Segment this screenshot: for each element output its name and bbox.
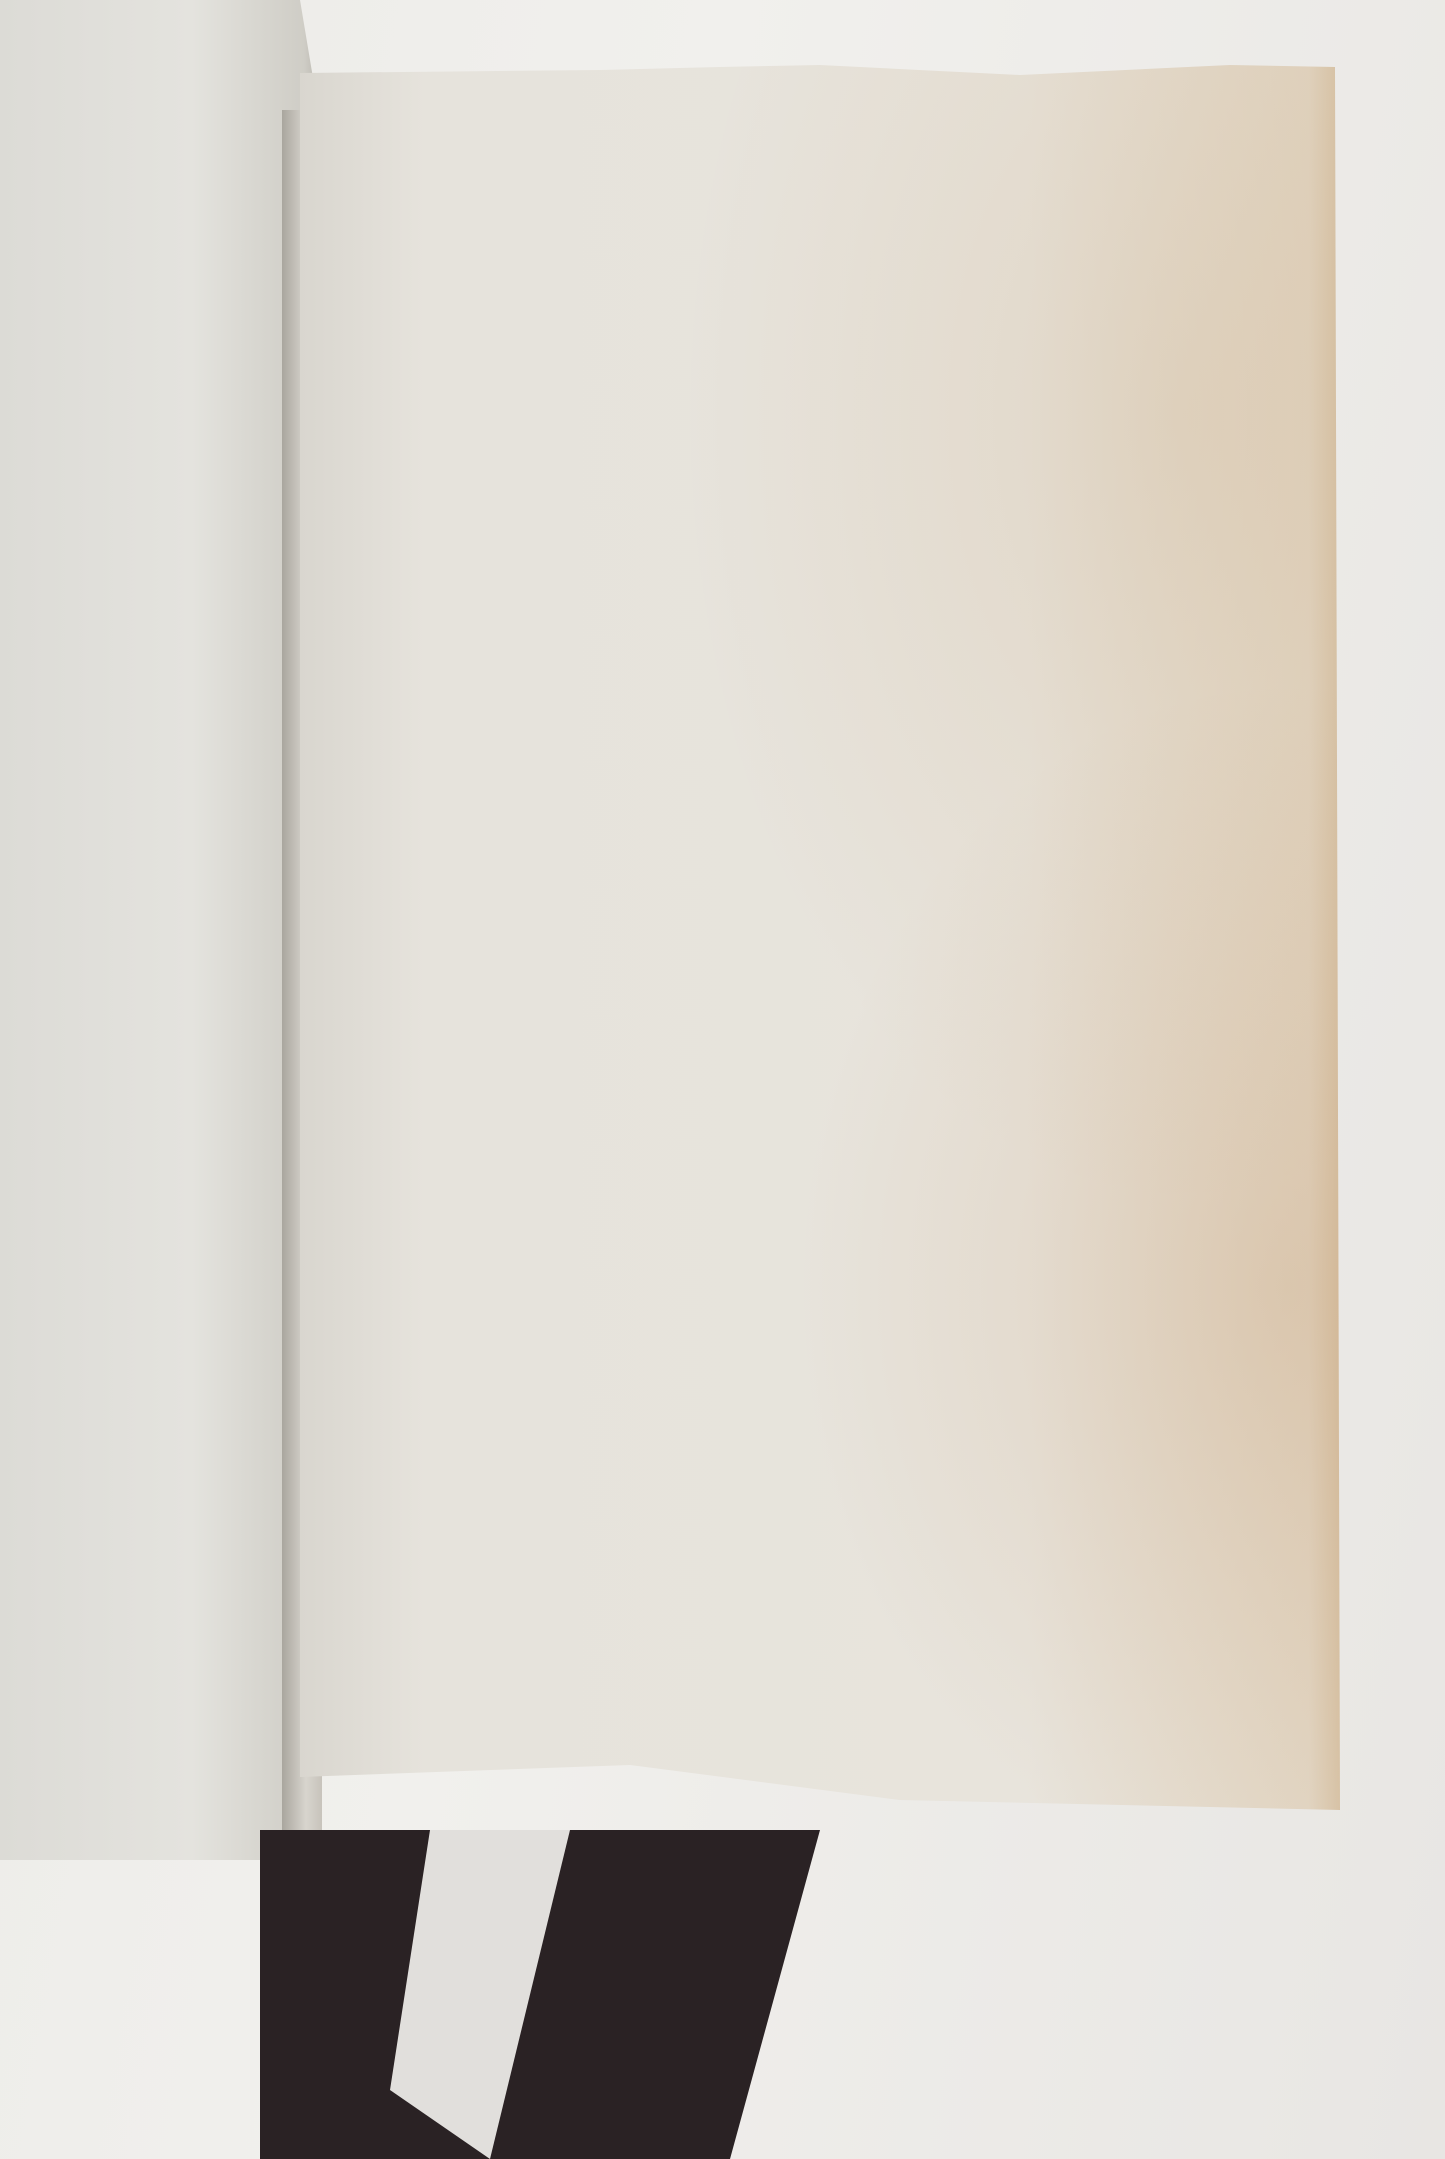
left-book-page (0, 0, 320, 1860)
page-body (372, 275, 1232, 335)
right-book-page (300, 65, 1340, 1810)
left-page-text (0, 0, 320, 94)
